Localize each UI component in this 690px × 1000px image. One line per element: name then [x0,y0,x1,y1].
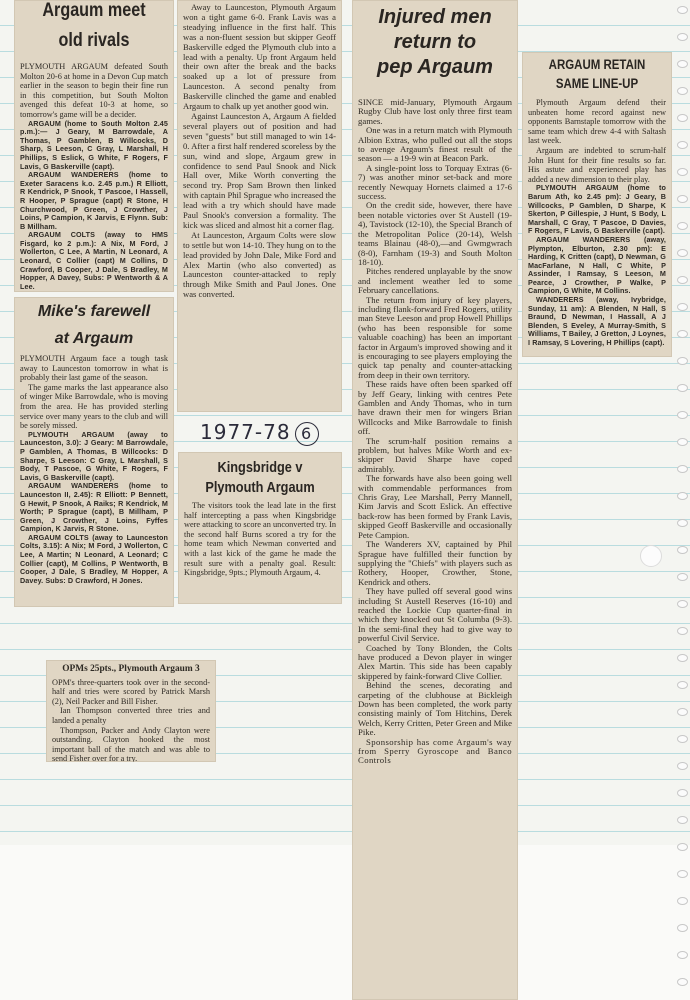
team-list: ARGAUM WANDERERS (away, Plympton, Elburt… [528,236,666,296]
article-paragraph: Plymouth Argaum defend their unbeaten ho… [528,98,666,146]
headline: Argaum meet old rivals [31,0,157,52]
spiral-ring [677,654,688,662]
team-list: WANDERERS (away, Ivybridge, Sunday, 11 a… [528,296,666,348]
headline: Injured men return to pep Argaum [358,5,512,80]
article-paragraph: The visitors took the lead late in the f… [184,501,336,578]
spiral-ring [677,789,688,797]
headline: OPMs 25pts., Plymouth Argaum 3 [52,665,210,675]
article-body: SINCE mid-January, Plymouth Argaum Rugby… [358,98,512,766]
clipping-meet-old-rivals: Argaum meet old rivals PLYMOUTH ARGAUM d… [14,0,174,292]
article-paragraph: PLYMOUTH Argaum face a tough task away t… [20,354,168,383]
team-list: ARGAUM WANDERERS (home to Exeter Saracen… [20,171,168,231]
article-paragraph: Away to Launceston, Plymouth Argaum won … [183,3,336,112]
spiral-ring [677,492,688,500]
article-paragraph: The game marks the last appearance also … [20,383,168,431]
handwritten-season-note: 1977-786 [200,420,319,446]
spiral-ring [677,627,688,635]
spiral-ring [677,114,688,122]
spiral-ring [677,708,688,716]
spiral-ring [677,519,688,527]
spiral-ring [677,276,688,284]
page-number-circled: 6 [295,422,319,446]
headline: Mike's farewell at Argaum [20,302,168,348]
spiral-ring [677,195,688,203]
spiral-ring [677,816,688,824]
team-list: PLYMOUTH ARGAUM (away to Launceston, 3.0… [20,431,168,483]
spiral-ring [677,438,688,446]
clipping-mikes-farewell: Mike's farewell at Argaum PLYMOUTH Argau… [14,297,174,607]
spiral-ring [677,951,688,959]
team-list: PLYMOUTH ARGAUM (home to Barum Ath, ko 2… [528,184,666,236]
spiral-ring [677,249,688,257]
spiral-ring [677,6,688,14]
article-paragraph: PLYMOUTH ARGAUM defeated South Molton 20… [20,62,168,120]
spiral-ring [677,978,688,986]
spiral-ring [677,735,688,743]
team-list: ARGAUM (home to South Molton 2.45 p.m.):… [20,120,168,172]
article-paragraph: Thompson, Packer and Andy Clayton were o… [52,726,210,762]
spiral-ring [677,222,688,230]
article-paragraph: Against Launceston A, Argaum A fielded s… [183,112,336,231]
punch-hole [640,545,662,567]
clipping-launceston-report: Away to Launceston, Plymouth Argaum won … [177,0,342,412]
spiral-ring [677,465,688,473]
spiral-ring [677,60,688,68]
spiral-ring [677,33,688,41]
clipping-injured-men: Injured men return to pep Argaum SINCE m… [352,0,518,1000]
spiral-ring [677,843,688,851]
scrapbook-lower-page [0,845,690,1000]
spiral-ring [677,384,688,392]
spiral-ring [677,897,688,905]
spiral-ring [677,330,688,338]
team-list: ARGAUM COLTS (away to Launceston Colts, … [20,534,168,586]
clipping-retain-lineup: ARGAUM RETAIN SAME LINE-UP Plymouth Arga… [522,52,672,357]
spiral-ring [677,141,688,149]
article-paragraph: Argaum are indebted to scrum-half John H… [528,146,666,184]
spiral-ring [677,87,688,95]
headline: ARGAUM RETAIN SAME LINE-UP [538,57,655,92]
spiral-ring [677,303,688,311]
headline: Kingsbridge v Plymouth Argaum [195,459,324,497]
spiral-ring [677,600,688,608]
spiral-ring [677,681,688,689]
spiral-ring [677,573,688,581]
spiral-ring [677,870,688,878]
clipping-opms: OPMs 25pts., Plymouth Argaum 3 OPM's thr… [46,660,216,762]
article-paragraph: Ian Thompson converted three tries and l… [52,706,210,725]
spiral-binding [676,0,690,1000]
team-list: ARGAUM WANDERERS (home to Launceston II,… [20,482,168,534]
team-list: ARGAUM COLTS (away to HMS Fisgard, ko 2 … [20,231,168,291]
article-paragraph: At Launceston, Argaum Colts were slow to… [183,231,336,300]
spiral-ring [677,168,688,176]
spiral-ring [677,924,688,932]
spiral-ring [677,762,688,770]
article-paragraph: OPM's three-quarters took over in the se… [52,678,210,707]
spiral-ring [677,546,688,554]
spiral-ring [677,357,688,365]
spiral-ring [677,411,688,419]
clipping-kingsbridge: Kingsbridge v Plymouth Argaum The visito… [178,452,342,604]
